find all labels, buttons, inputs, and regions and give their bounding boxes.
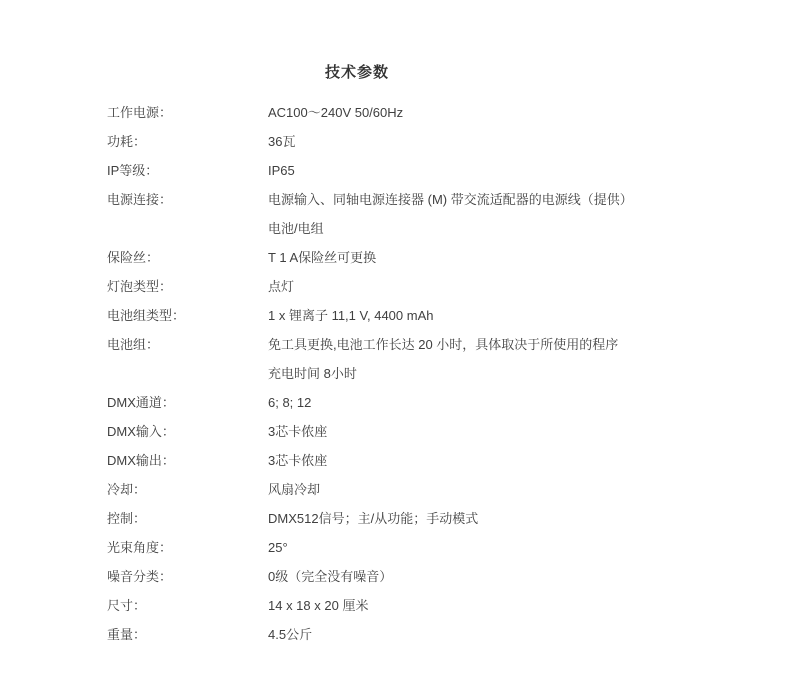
spec-value: 免工具更换,电池工作长达 20 小时，具体取决于所使用的程序 (268, 337, 618, 353)
spec-label: 工作电源： (107, 105, 268, 121)
spec-row-beam-angle: 光束角度： 25° (107, 533, 667, 562)
spec-label: 电池组： (107, 337, 268, 353)
spec-value: AC100～240V 50/60Hz (268, 105, 403, 121)
spec-row-ip-rating: IP等级： IP65 (107, 156, 667, 185)
spec-value: IP65 (268, 163, 295, 179)
spec-row-bulb-type: 灯泡类型： 点灯 (107, 272, 667, 301)
spec-row-fuse: 保险丝： T 1 A保险丝可更换 (107, 243, 667, 272)
spec-value: 1 x 锂离子 11,1 V, 4400 mAh (268, 308, 433, 324)
spec-value: DMX512信号；主/从功能；手动模式 (268, 511, 478, 527)
spec-row-operating-power: 工作电源： AC100～240V 50/60Hz (107, 98, 667, 127)
spec-value: 0级（完全没有噪音） (268, 569, 392, 585)
spec-row-power-consumption: 功耗： 36瓦 (107, 127, 667, 156)
spec-row-control: 控制： DMX512信号；主/从功能；手动模式 (107, 504, 667, 533)
spec-row-battery-pack-line2: 充电时间 8小时 (107, 359, 667, 388)
spec-row-power-connection: 电源连接： 电源输入、同轴电源连接器 (M) 带交流适配器的电源线（提供） (107, 185, 667, 214)
document-page: 技术参数 工作电源： AC100～240V 50/60Hz 功耗： 36瓦 IP… (0, 0, 790, 697)
spec-value: 3芯卡侬座 (268, 424, 327, 440)
spec-label: 噪音分类： (107, 569, 268, 585)
spec-row-dmx-channels: DMX通道： 6; 8; 12 (107, 388, 667, 417)
spec-row-noise-class: 噪音分类： 0级（完全没有噪音） (107, 562, 667, 591)
spec-value: 电源输入、同轴电源连接器 (M) 带交流适配器的电源线（提供） (268, 192, 633, 208)
spec-row-weight: 重量： 4.5公斤 (107, 620, 667, 649)
spec-label: 电池组类型： (107, 308, 268, 324)
spec-row-cooling: 冷却： 风扇冷却 (107, 475, 667, 504)
spec-label: 重量： (107, 627, 268, 643)
spec-row-battery-pack-type: 电池组类型： 1 x 锂离子 11,1 V, 4400 mAh (107, 301, 667, 330)
spec-value: 电池/电组 (268, 221, 324, 237)
spec-value: 充电时间 8小时 (268, 366, 357, 382)
spec-label: 功耗： (107, 134, 268, 150)
spec-label: DMX通道： (107, 395, 268, 411)
spec-value: 25° (268, 540, 288, 556)
spec-value: 6; 8; 12 (268, 395, 311, 411)
spec-label: 尺寸： (107, 598, 268, 614)
spec-row-power-connection-line2: 电池/电组 (107, 214, 667, 243)
spec-label: IP等级： (107, 163, 268, 179)
spec-label: 保险丝： (107, 250, 268, 266)
spec-row-dmx-output: DMX输出： 3芯卡侬座 (107, 446, 667, 475)
spec-value: 36瓦 (268, 134, 295, 150)
spec-label: DMX输入： (107, 424, 268, 440)
spec-table: 工作电源： AC100～240V 50/60Hz 功耗： 36瓦 IP等级： I… (107, 98, 667, 649)
spec-value: 4.5公斤 (268, 627, 312, 643)
page-title: 技术参数 (107, 61, 607, 82)
spec-value: 3芯卡侬座 (268, 453, 327, 469)
spec-label: 冷却： (107, 482, 268, 498)
spec-value: 14 x 18 x 20 厘米 (268, 598, 368, 614)
spec-row-dmx-input: DMX输入： 3芯卡侬座 (107, 417, 667, 446)
spec-value: 风扇冷却 (268, 482, 320, 498)
spec-value: 点灯 (268, 279, 294, 295)
spec-value: T 1 A保险丝可更换 (268, 250, 376, 266)
spec-label: 灯泡类型： (107, 279, 268, 295)
spec-label: DMX输出： (107, 453, 268, 469)
spec-row-battery-pack: 电池组： 免工具更换,电池工作长达 20 小时，具体取决于所使用的程序 (107, 330, 667, 359)
spec-label: 控制： (107, 511, 268, 527)
spec-label: 光束角度： (107, 540, 268, 556)
spec-label: 电源连接： (107, 192, 268, 208)
spec-row-dimensions: 尺寸： 14 x 18 x 20 厘米 (107, 591, 667, 620)
